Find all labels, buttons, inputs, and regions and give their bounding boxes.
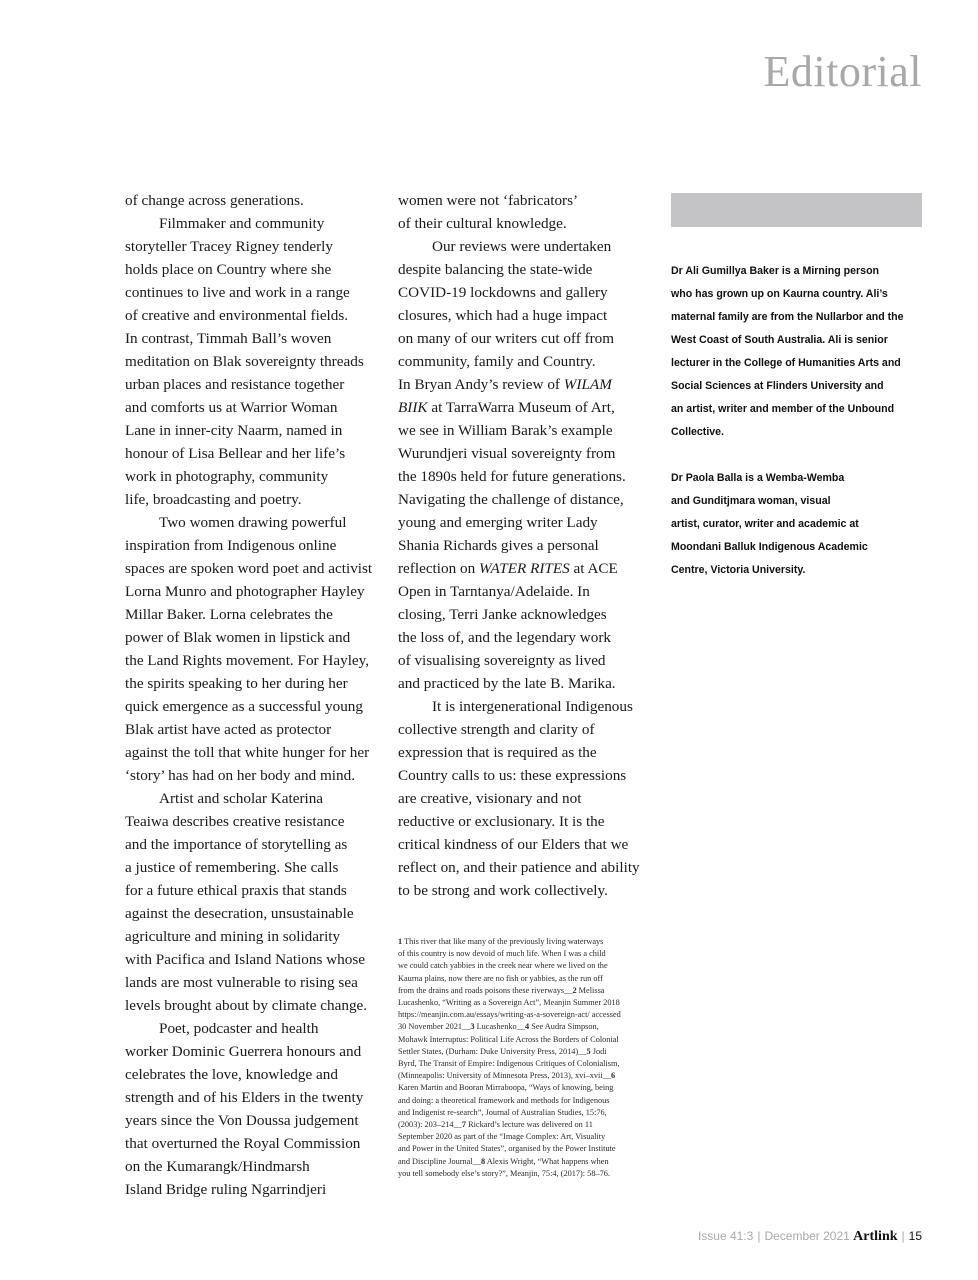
- paragraph: Artist and scholar Katerina: [125, 787, 381, 810]
- body-column-1: of change across generations. Filmmaker …: [125, 189, 381, 1201]
- footnote-url: https://meanjin.com.au/essays/writing-as…: [398, 1009, 660, 1021]
- paragraph: It is intergenerational Indigenous: [398, 695, 650, 718]
- issue-number: Issue 41:3: [698, 1229, 753, 1243]
- paragraph: storyteller Tracey Rigney tenderly holds…: [125, 235, 381, 511]
- page-footer: Issue 41:3|December 2021 Artlink|15: [698, 1229, 922, 1245]
- paragraph: of change across generations.: [125, 189, 381, 212]
- section-title: Editorial: [764, 50, 922, 94]
- footer-separator: |: [757, 1229, 760, 1243]
- paragraph: collective strength and clarity of expre…: [398, 718, 650, 902]
- footer-separator: |: [902, 1229, 905, 1243]
- artwork-title: WILAM: [564, 376, 612, 393]
- sidebar-header-bar: [671, 193, 922, 227]
- paragraph: Teaiwa describes creative resistance and…: [125, 810, 381, 1017]
- issue-date: December 2021: [764, 1229, 849, 1243]
- artwork-title: BIIK: [398, 399, 428, 416]
- body-column-2: women were not ‘fabricators’ of their cu…: [398, 189, 650, 902]
- footnote-number: 6: [611, 1071, 615, 1080]
- paragraph: Filmmaker and community: [125, 212, 381, 235]
- magazine-name: Artlink: [853, 1229, 897, 1244]
- page-number: 15: [909, 1229, 922, 1243]
- paragraph: women were not ‘fabricators’ of their cu…: [398, 189, 650, 235]
- paragraph: Poet, podcaster and health: [125, 1017, 381, 1040]
- paragraph: Our reviews were undertaken: [398, 235, 650, 258]
- paragraph: Two women drawing powerful: [125, 511, 381, 534]
- contributor-bio-ali-gumillya-baker: Dr Ali Gumillya Baker is a Mirning perso…: [671, 260, 931, 444]
- footnotes: 1 This river that like many of the previ…: [398, 936, 660, 1180]
- contributor-bio-paola-balla: Dr Paola Balla is a Wemba-Wemba and Gund…: [671, 467, 931, 582]
- paragraph: worker Dominic Guerrera honours and cele…: [125, 1040, 381, 1201]
- paragraph: inspiration from Indigenous online space…: [125, 534, 381, 787]
- paragraph: despite balancing the state-wide COVID-1…: [398, 258, 650, 695]
- exhibition-title: WATER RITES: [479, 560, 570, 577]
